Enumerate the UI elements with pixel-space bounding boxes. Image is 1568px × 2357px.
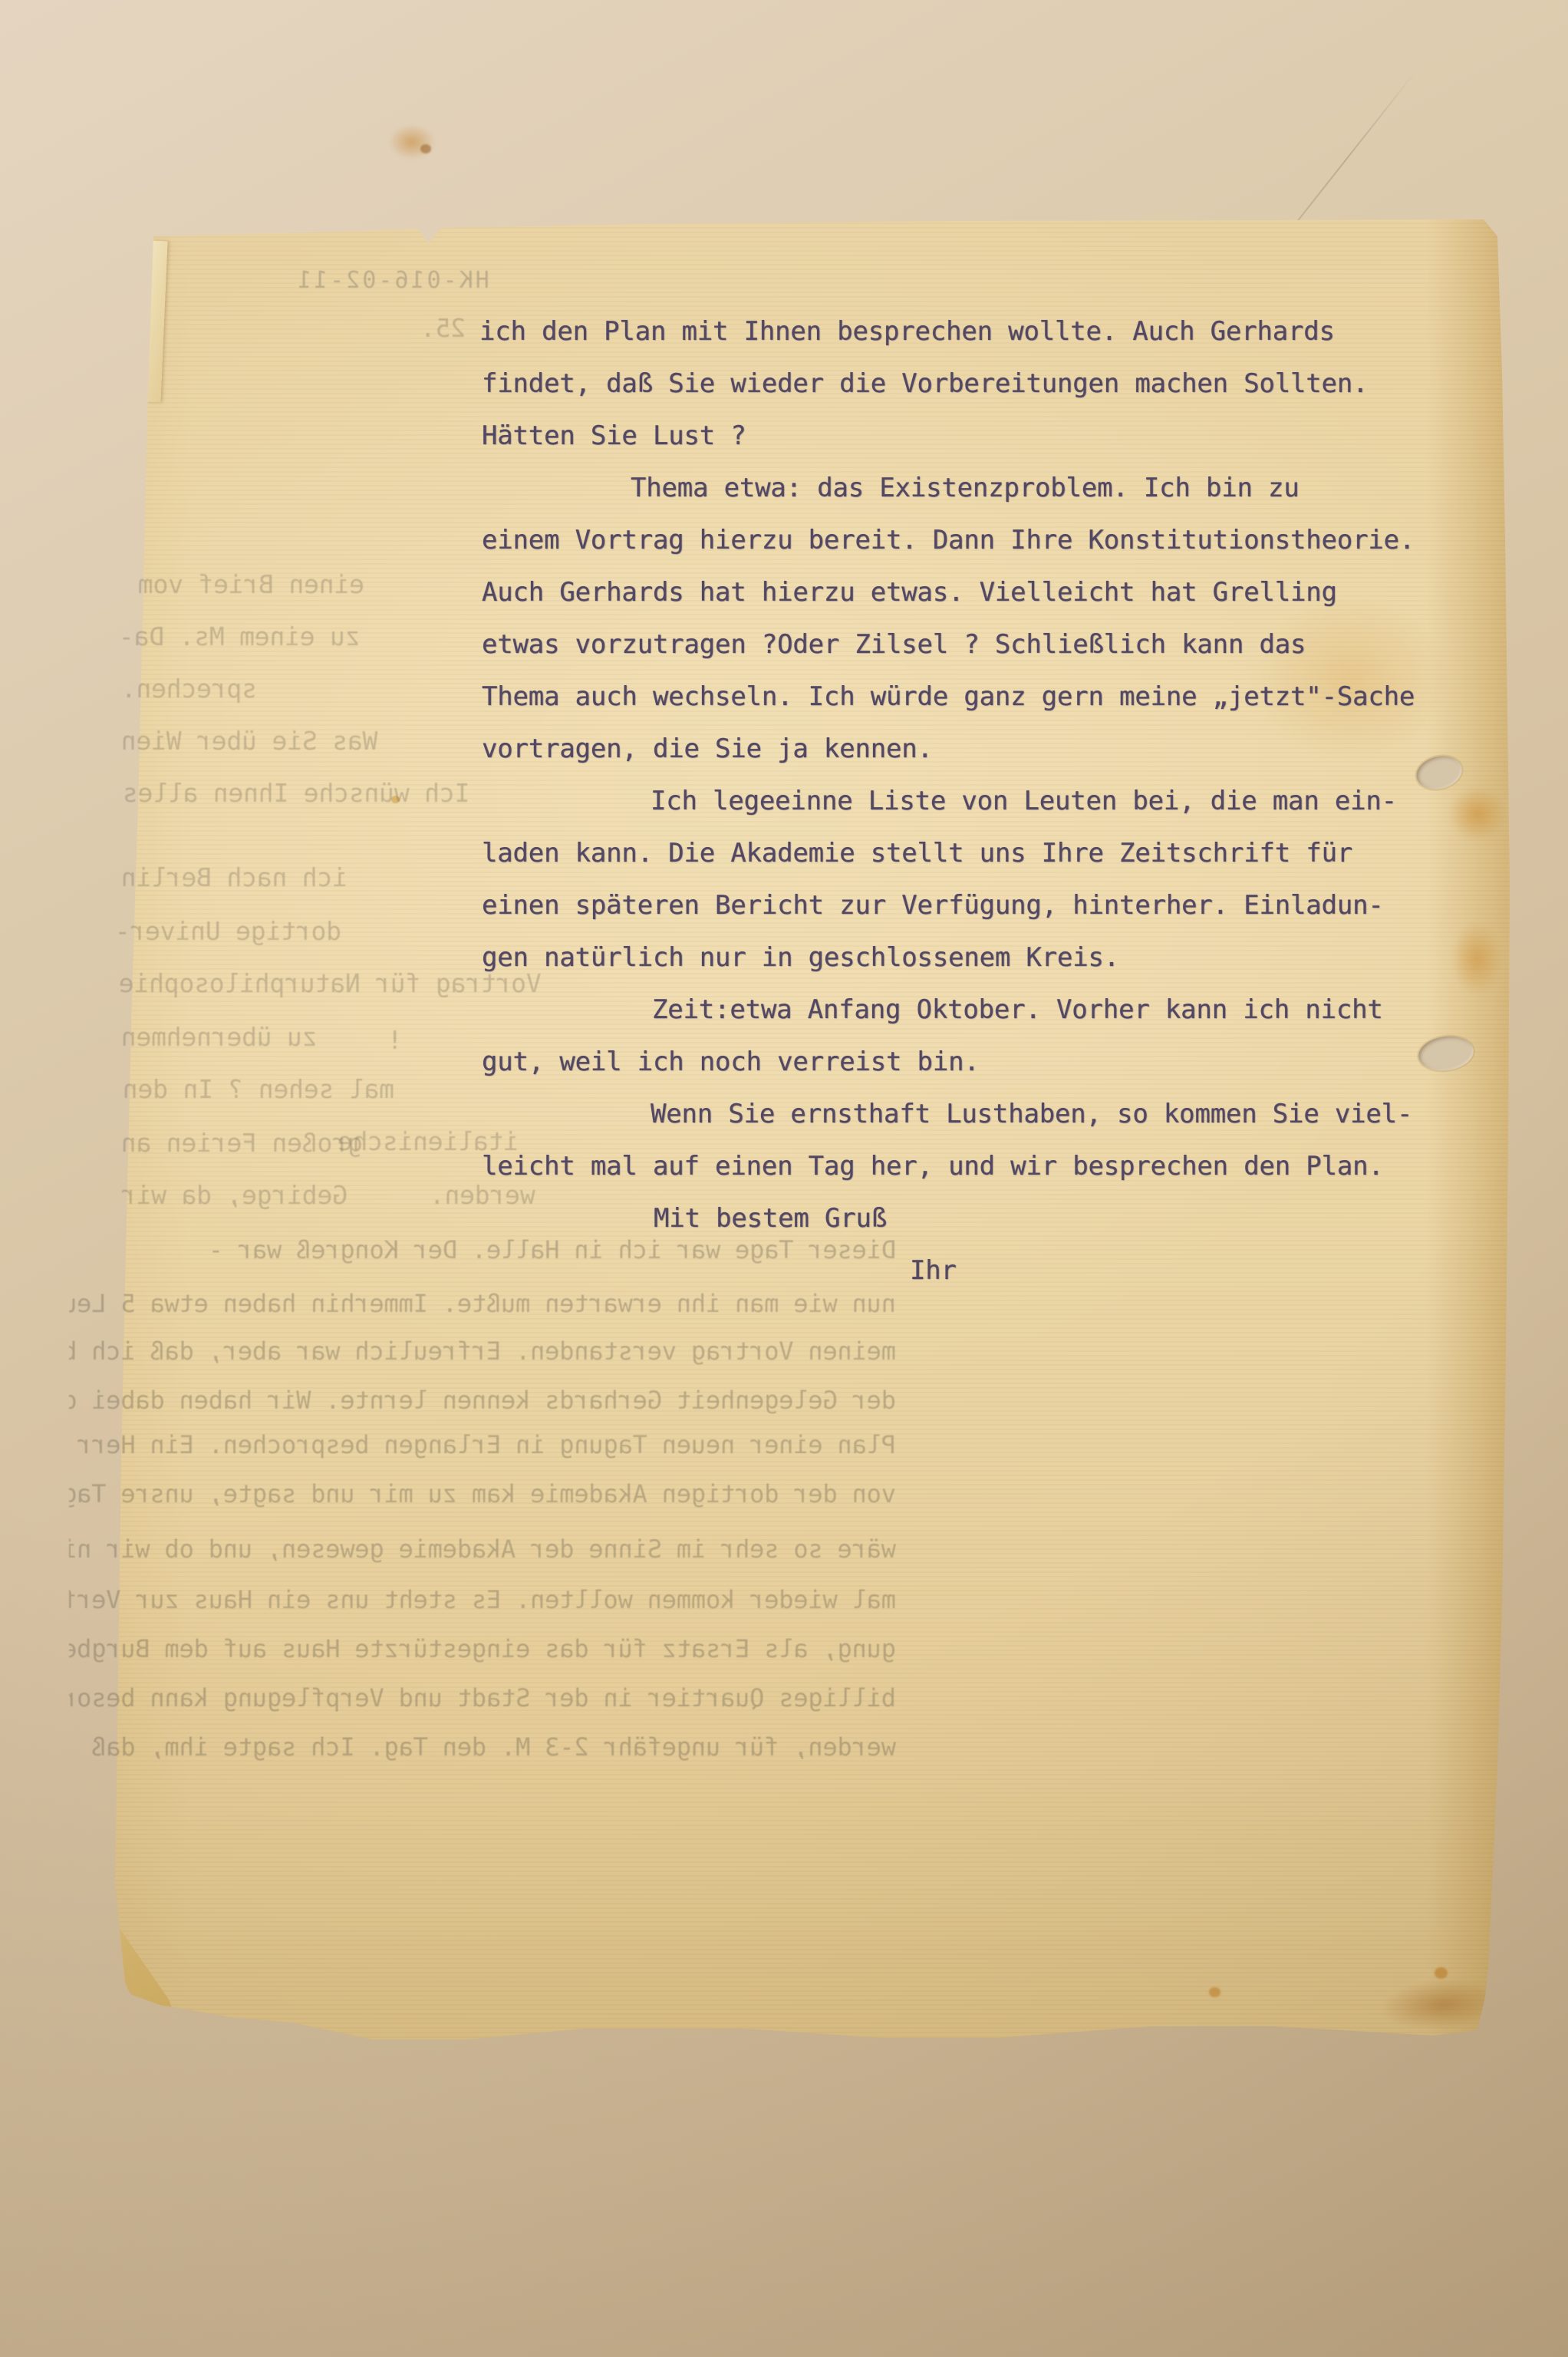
stain [388,124,436,160]
bleedthrough-fragment: großen Ferien an [121,1128,363,1158]
bleedthrough-fragment: mal sehen ? In den [123,1074,394,1104]
typed-line: laden kann. Die Akademie stellt uns Ihre… [482,838,1352,869]
bleedthrough-verso-line: billiges Quartier in der Stadt und Verpf… [69,1683,896,1716]
bleedthrough-verso-line: von der dortigen Akademie kam zu mir und… [69,1479,896,1511]
typed-line: Mit bestem Gruß [654,1203,887,1234]
typed-line: Ich legeeinne Liste von Leuten bei, die … [651,786,1397,816]
bleedthrough-verso-line: nun wie man ihn erwarten mußte. Immerhin… [69,1289,896,1321]
bleedthrough-verso-line: gung, als Ersatz für das eingestürzte Ha… [69,1634,896,1666]
bleedthrough-fragment: zu übernehmen [121,1022,318,1052]
bleedthrough-verso-line: mal wieder kommen wollten. Es steht uns … [69,1585,896,1617]
bleedthrough-verso-line: meinen Vortrag verstanden. Erfreulich wa… [69,1337,896,1369]
typed-line: einem Vortrag hierzu bereit. Dann Ihre K… [482,525,1415,555]
typed-line: etwas vorzutragen ?Oder Zilsel ? Schließ… [482,629,1306,660]
bleedthrough-fragment: 25. [420,313,466,343]
bleedthrough-fragment: dortige Univer- [115,916,341,946]
bleedthrough-fragment: Gebirge, da wir [121,1180,348,1210]
bleedthrough-fragment: einen Brief vom [138,569,364,599]
pencil-archive-note-mirrored: HK-016-02-11 [295,267,489,294]
bleedthrough-fragment: Was Sie über Wien [121,726,377,756]
bleedthrough-verso-line: der Gelegenheit Gerhards kennen lernte. … [69,1386,896,1418]
bleedthrough-fragment: sprechen. [121,674,257,704]
bleedthrough-fragment: werden. [430,1180,535,1210]
bleedthrough-fragment: Ich wünsche Ihnen alles [123,778,469,808]
bleedthrough-fragment: ich nach Berlin [121,862,348,892]
typed-line: einen späteren Bericht zur Verfügung, hi… [482,890,1384,921]
typed-line: Ihr [910,1255,957,1286]
bleedthrough-fragment: Vortrag für Naturphilosophie [119,968,542,998]
typed-line: Auch Gerhards hat hierzu etwas. Vielleic… [482,577,1337,608]
bleedthrough-verso-line: werden, für ungefähr 2-3 M. den Tag. Ich… [69,1732,896,1765]
bleedthrough-verso-line: wäre so sehr im Sinne der Akademie gewes… [69,1535,896,1567]
typed-line: Wenn Sie ernsthaft Lusthaben, so kommen … [651,1099,1412,1129]
bleedthrough-verso-line: Plan einer neuen Tagung in Erlangen besp… [69,1430,896,1462]
bleedthrough-fragment: ! [387,1025,403,1055]
typed-line: Thema etwa: das Existenzproblem. Ich bin… [631,473,1300,503]
typed-line: gen natürlich nur in geschlossenem Kreis… [482,942,1119,973]
typed-line: ich den Plan mit Ihnen besprechen wollte… [479,316,1335,347]
bleedthrough-fragment: zu einem Ms. Da- [119,621,361,651]
typed-line: findet, daß Sie wieder die Vorbereitunge… [482,368,1368,399]
typed-line: leicht mal auf einen Tag her, und wir be… [482,1151,1384,1182]
bleedthrough-verso-line: Dieser Tage war ich in Halle. Der Kongre… [69,1235,896,1268]
typed-line: Hätten Sie Lust ? [482,420,746,451]
typed-line: Zeit:etwa Anfang Oktober. Vorher kann ic… [652,994,1383,1025]
typed-line: Thema auch wechseln. Ich würde ganz gern… [482,681,1415,712]
stain [420,144,431,153]
photo-backdrop: ich den Plan mit Ihnen besprechen wollte… [0,0,1568,2357]
typed-line: gut, weil ich noch verreist bin. [482,1047,980,1077]
typed-line: vortragen, die Sie ja kennen. [482,733,933,764]
